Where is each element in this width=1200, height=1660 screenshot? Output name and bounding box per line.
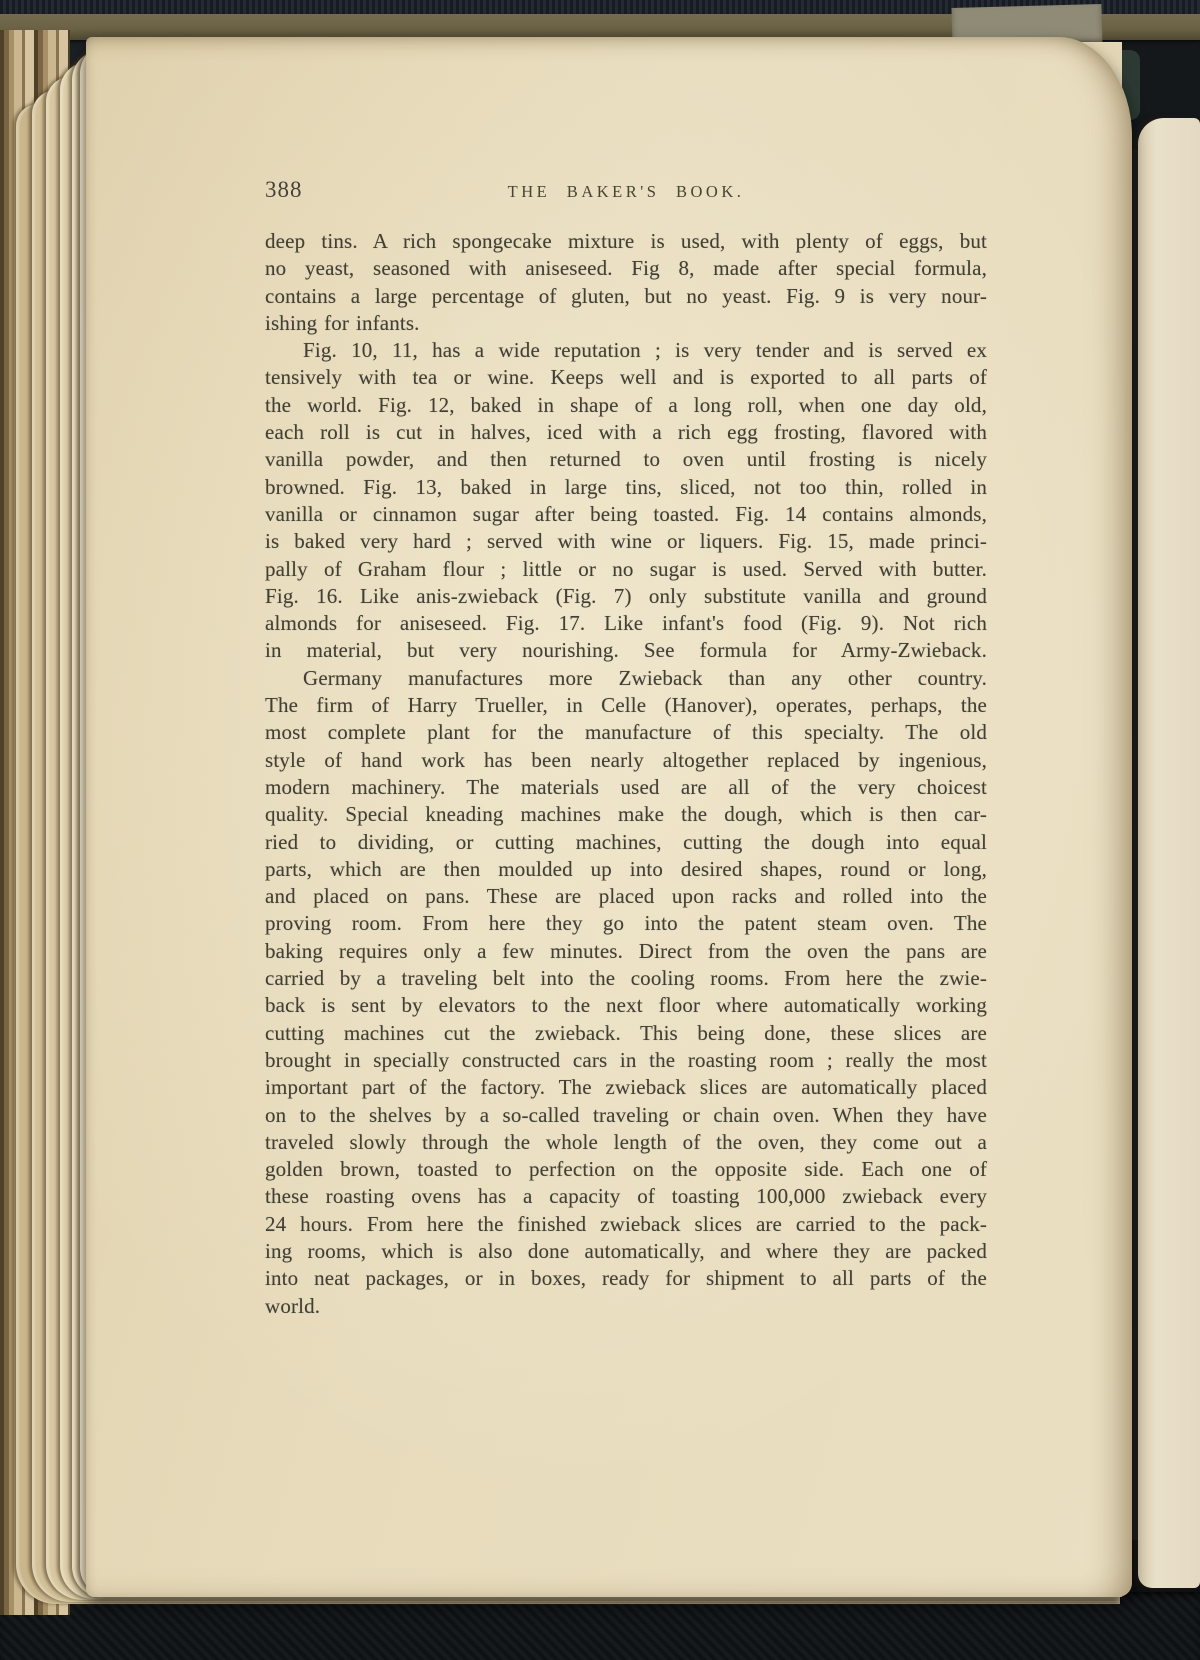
text-line: no yeast, seasoned with aniseseed. Fig 8…	[265, 255, 987, 282]
text-line: world.	[265, 1293, 987, 1320]
paragraph: Germany manufactures more Zwieback than …	[265, 665, 987, 1320]
text-line: browned. Fig. 13, baked in large tins, s…	[265, 474, 987, 501]
text-line: in material, but very nourishing. See fo…	[265, 637, 987, 664]
text-line: golden brown, toasted to perfection on t…	[265, 1156, 987, 1183]
text-line: most complete plant for the manufacture …	[265, 719, 987, 746]
text-line: tensively with tea or wine. Keeps well a…	[265, 364, 987, 391]
text-line: each roll is cut in halves, iced with a …	[265, 419, 987, 446]
text-block: 388 THE BAKER'S BOOK. deep tins. A rich …	[265, 177, 987, 1320]
text-line: quality. Special kneading machines make …	[265, 801, 987, 828]
text-line: and placed on pans. These are placed upo…	[265, 883, 987, 910]
page-number: 388	[265, 177, 303, 203]
book-photo: 388 THE BAKER'S BOOK. deep tins. A rich …	[0, 0, 1200, 1660]
text-line: modern machinery. The materials used are…	[265, 774, 987, 801]
text-line: Fig. 16. Like anis-zwieback (Fig. 7) onl…	[265, 583, 987, 610]
text-line: Fig. 10, 11, has a wide reputation ; is …	[265, 337, 987, 364]
text-line: brought in specially constructed cars in…	[265, 1047, 987, 1074]
text-line: into neat packages, or in boxes, ready f…	[265, 1265, 987, 1292]
page-fore-edge	[1138, 118, 1200, 1588]
text-line: The firm of Harry Trueller, in Celle (Ha…	[265, 692, 987, 719]
book-page: 388 THE BAKER'S BOOK. deep tins. A rich …	[86, 37, 1132, 1597]
text-line: pally of Graham flour ; little or no sug…	[265, 556, 987, 583]
text-line: deep tins. A rich spongecake mixture is …	[265, 228, 987, 255]
text-line: parts, which are then moulded up into de…	[265, 856, 987, 883]
text-line: these roasting ovens has a capacity of t…	[265, 1183, 987, 1210]
text-line: cutting machines cut the zwieback. This …	[265, 1020, 987, 1047]
text-line: the world. Fig. 12, baked in shape of a …	[265, 392, 987, 419]
page-header: 388 THE BAKER'S BOOK.	[265, 177, 987, 209]
text-line: contains a large percentage of gluten, b…	[265, 283, 987, 310]
text-line: vanilla powder, and then returned to ove…	[265, 446, 987, 473]
text-line: important part of the factory. The zwieb…	[265, 1074, 987, 1101]
text-body: deep tins. A rich spongecake mixture is …	[265, 228, 987, 1320]
text-line: back is sent by elevators to the next fl…	[265, 992, 987, 1019]
paragraph: deep tins. A rich spongecake mixture is …	[265, 228, 987, 337]
text-line: ishing for infants.	[265, 310, 987, 337]
text-line: almonds for aniseseed. Fig. 17. Like inf…	[265, 610, 987, 637]
text-line: carried by a traveling belt into the coo…	[265, 965, 987, 992]
text-line: Germany manufactures more Zwieback than …	[265, 665, 987, 692]
text-line: ing rooms, which is also done automatica…	[265, 1238, 987, 1265]
running-title: THE BAKER'S BOOK.	[508, 182, 745, 202]
text-line: 24 hours. From here the finished zwiebac…	[265, 1211, 987, 1238]
text-line: vanilla or cinnamon sugar after being to…	[265, 501, 987, 528]
text-line: baking requires only a few minutes. Dire…	[265, 938, 987, 965]
text-line: ried to dividing, or cutting machines, c…	[265, 829, 987, 856]
text-line: traveled slowly through the whole length…	[265, 1129, 987, 1156]
text-line: is baked very hard ; served with wine or…	[265, 528, 987, 555]
text-line: proving room. From here they go into the…	[265, 910, 987, 937]
paragraph: Fig. 10, 11, has a wide reputation ; is …	[265, 337, 987, 665]
text-line: on to the shelves by a so-called traveli…	[265, 1102, 987, 1129]
text-line: style of hand work has been nearly altog…	[265, 747, 987, 774]
